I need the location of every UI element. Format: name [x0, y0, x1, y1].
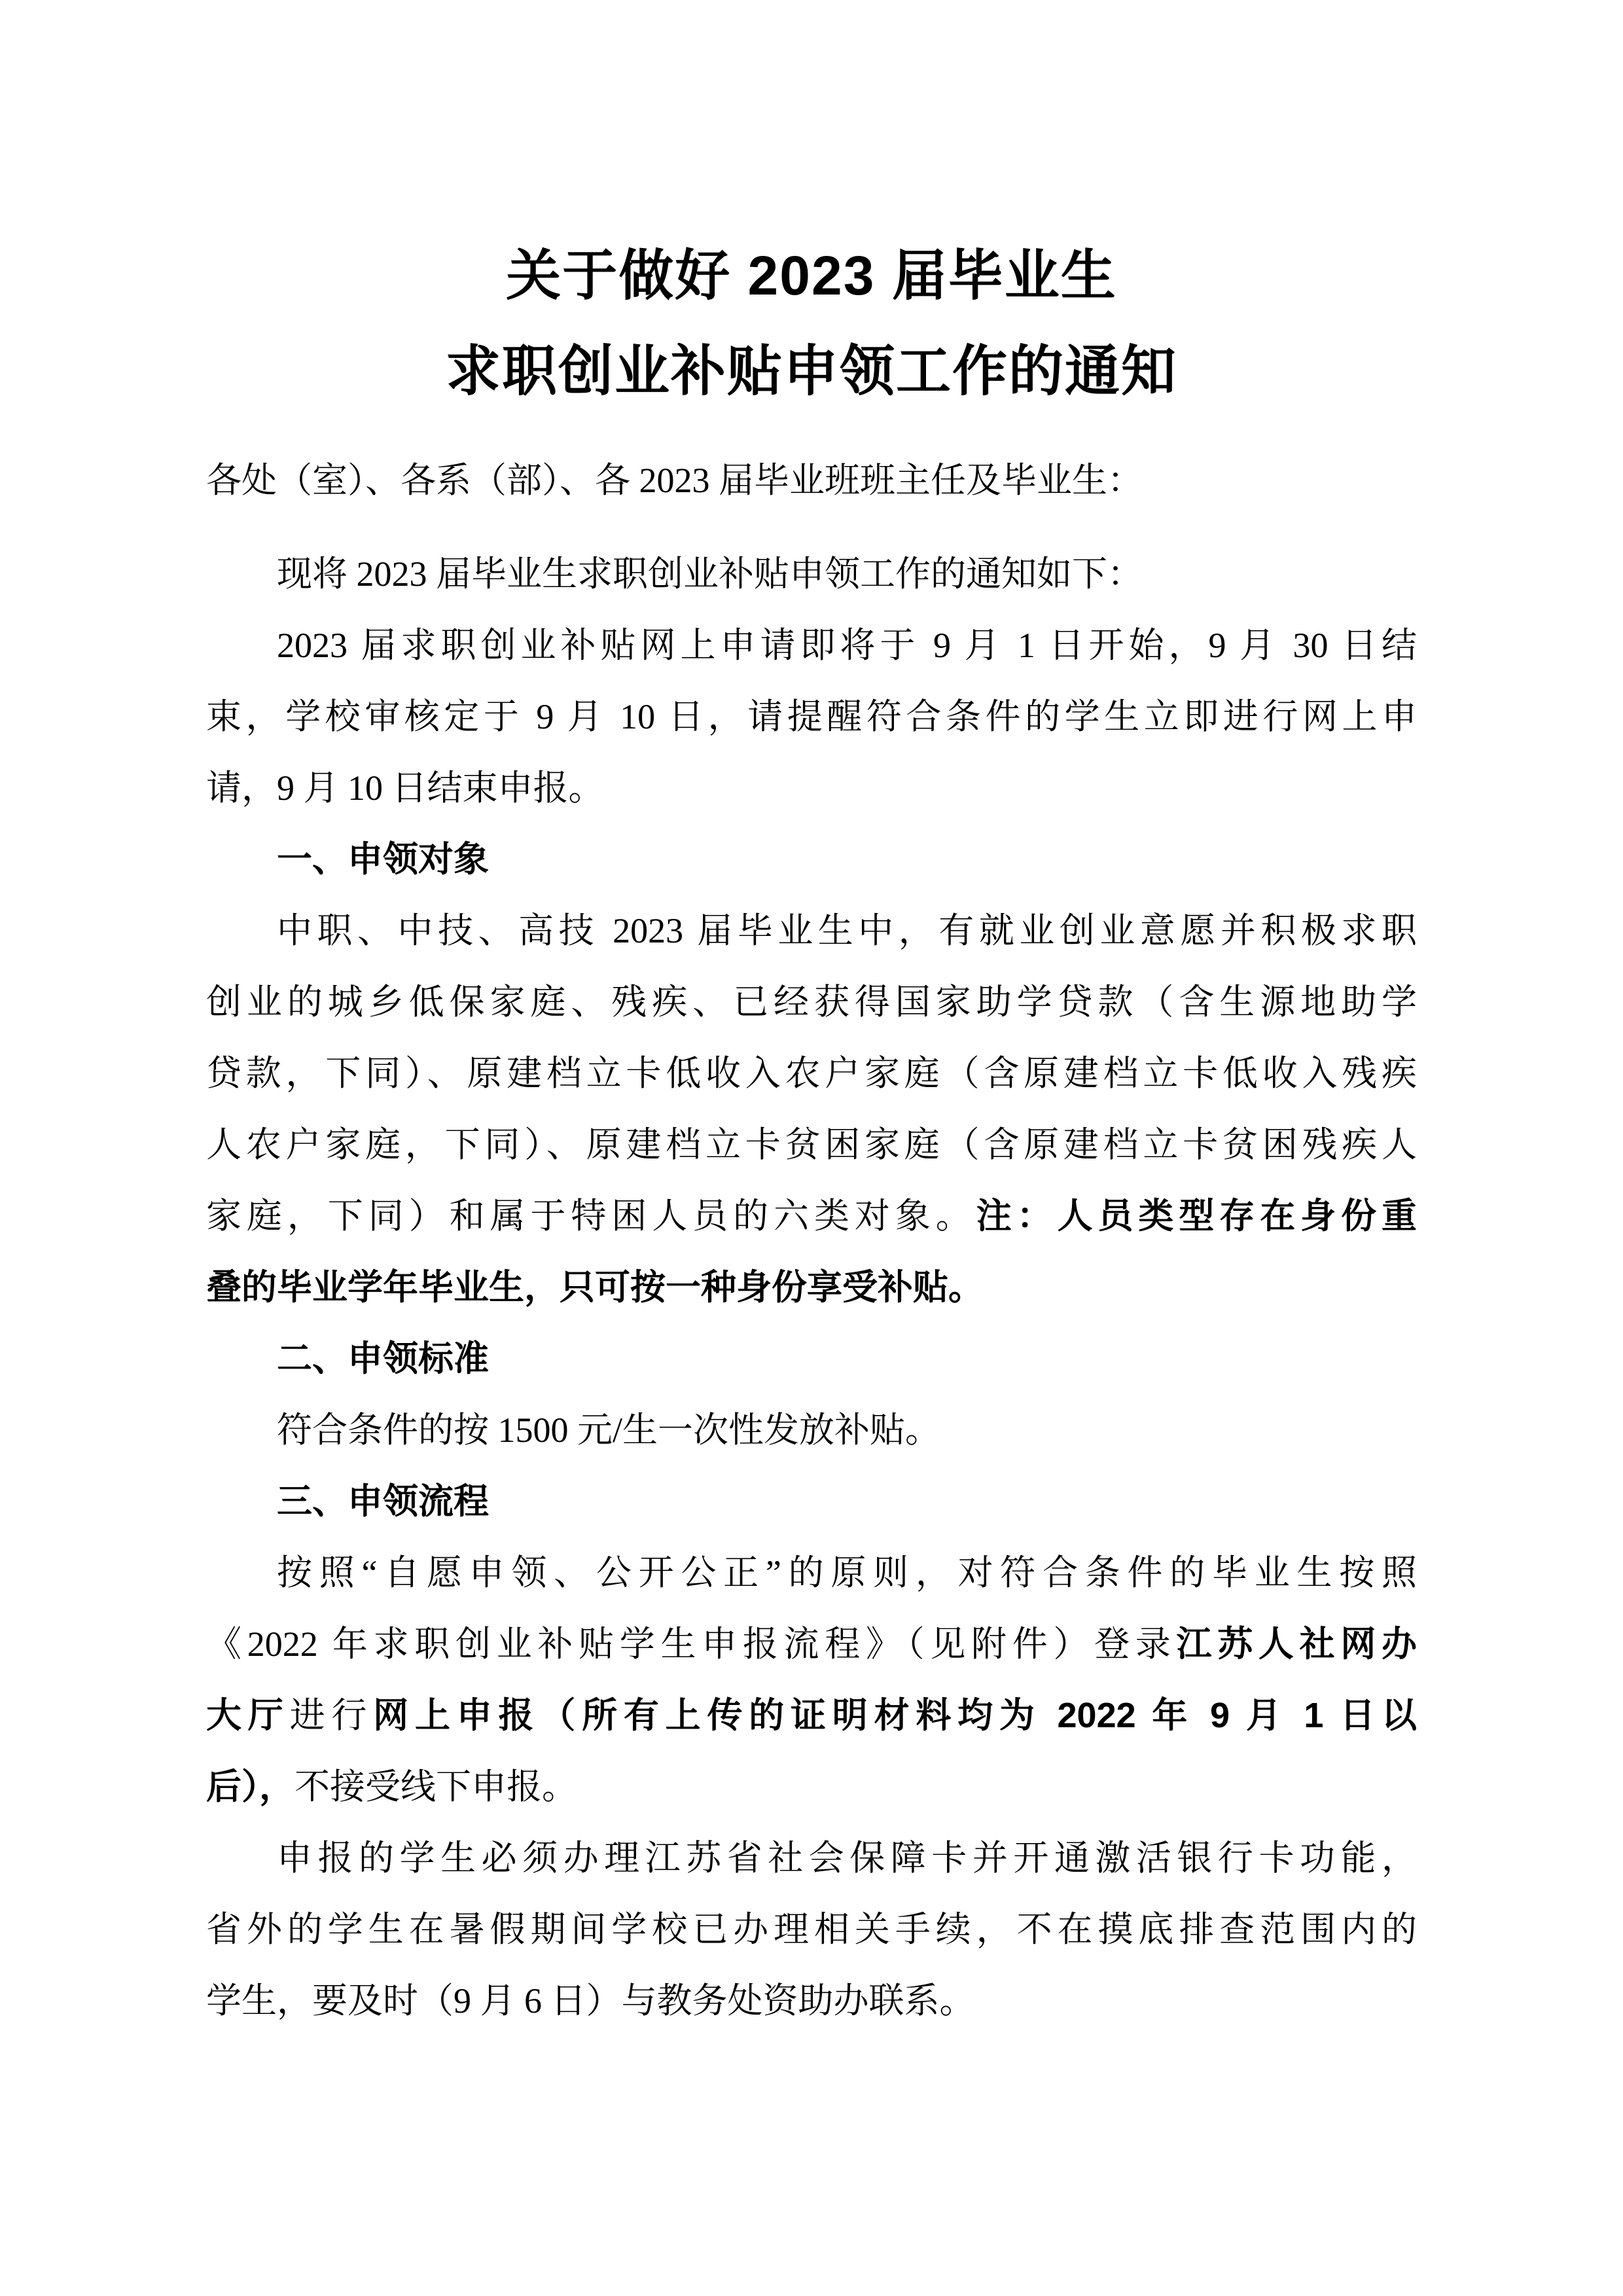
text-line: 二、申领标准 — [206, 1323, 1417, 1395]
text-line: 后），不接受线下申报。 — [206, 1751, 1417, 1823]
text-line: 《2022 年求职创业补贴学生申报流程》（见附件）登录江苏人社网办 — [206, 1609, 1417, 1680]
text-segment: 请，9 月 10 日结束申报。 — [206, 768, 604, 808]
text-line: 符合条件的按 1500 元/生一次性发放补贴。 — [206, 1395, 1417, 1466]
text-segment: 束，学校审核定于 9 月 10 日，请提醒符合条件的学生立即进行网上申 — [206, 697, 1417, 736]
text-line: 按照“自愿申领、公开公正”的原则，对符合条件的毕业生按照 — [206, 1537, 1417, 1609]
bold-text-segment: 江苏人社网办 — [1177, 1624, 1417, 1664]
text-line: 人农户家庭，下同）、原建档立卡贫困家庭（含原建档立卡贫困残疾人 — [206, 1109, 1417, 1181]
text-segment: 《2022 年求职创业补贴学生申报流程》（见附件）登录 — [206, 1624, 1177, 1664]
bold-text-segment: 网上申报（所有上传的证明材料均为 2022 年 9 月 1 日以 — [373, 1696, 1417, 1735]
text-line: 大厅进行网上申报（所有上传的证明材料均为 2022 年 9 月 1 日以 — [206, 1680, 1417, 1751]
text-line: 三、申领流程 — [206, 1466, 1417, 1537]
text-segment: 贷款，下同）、原建档立卡低收入农户家庭（含原建档立卡低收入残疾 — [206, 1054, 1417, 1093]
text-line: 中职、中技、高技 2023 届毕业生中，有就业创业意愿并积极求职 — [206, 895, 1417, 967]
text-line: 申报的学生必须办理江苏省社会保障卡并开通激活银行卡功能， — [206, 1823, 1417, 1894]
text-segment: 创业的城乡低保家庭、残疾、已经获得国家助学贷款（含生源地助学 — [206, 982, 1417, 1022]
text-segment: 中职、中技、高技 2023 届毕业生中，有就业创业意愿并积极求职 — [277, 911, 1417, 950]
bold-text-segment: 一、申领对象 — [277, 840, 489, 879]
text-segment: 家庭，下同）和属于特困人员的六类对象。 — [206, 1196, 976, 1236]
document-title: 关于做好 2023 届毕业生 求职创业补贴申领工作的通知 — [0, 0, 1623, 419]
bold-text-segment: 二、申领标准 — [277, 1339, 489, 1378]
text-segment: 各处（室）、各系（部）、各 2023 届毕业班班主任及毕业生： — [206, 461, 1143, 500]
text-line: 2023 届求职创业补贴网上申请即将于 9 月 1 日开始，9 月 30 日结 — [206, 610, 1417, 681]
text-line: 各处（室）、各系（部）、各 2023 届毕业班班主任及毕业生： — [206, 445, 1417, 516]
bold-text-segment: 三、申领流程 — [277, 1482, 489, 1521]
text-segment: 不接受线下申报。 — [294, 1767, 577, 1806]
text-segment: 进行 — [290, 1696, 374, 1735]
text-line: 省外的学生在暑假期间学校已办理相关手续，不在摸底排查范围内的 — [206, 1894, 1417, 1965]
document-body: 各处（室）、各系（部）、各 2023 届毕业班班主任及毕业生：现将 2023 届… — [206, 445, 1417, 2037]
text-line: 学生，要及时（9 月 6 日）与教务处资助办联系。 — [206, 1965, 1417, 2037]
bold-text-segment: 大厅 — [206, 1696, 290, 1735]
text-line: 贷款，下同）、原建档立卡低收入农户家庭（含原建档立卡低收入残疾 — [206, 1038, 1417, 1109]
text-segment: 符合条件的按 1500 元/生一次性发放补贴。 — [277, 1410, 940, 1450]
text-line: 请，9 月 10 日结束申报。 — [206, 753, 1417, 824]
text-segment: 省外的学生在暑假期间学校已办理相关手续，不在摸底排查范围内的 — [206, 1910, 1417, 1949]
document-page: 关于做好 2023 届毕业生 求职创业补贴申领工作的通知 各处（室）、各系（部）… — [0, 0, 1623, 2296]
text-segment: 2023 届求职创业补贴网上申请即将于 9 月 1 日开始，9 月 30 日结 — [277, 626, 1417, 665]
text-segment: 申报的学生必须办理江苏省社会保障卡并开通激活银行卡功能， — [277, 1839, 1417, 1878]
text-line: 一、申领对象 — [206, 824, 1417, 895]
text-segment: 现将 2023 届毕业生求职创业补贴申领工作的通知如下： — [277, 554, 1143, 594]
text-line: 创业的城乡低保家庭、残疾、已经获得国家助学贷款（含生源地助学 — [206, 967, 1417, 1038]
text-line: 现将 2023 届毕业生求职创业补贴申领工作的通知如下： — [206, 539, 1417, 610]
text-segment: 按照“自愿申领、公开公正”的原则，对符合条件的毕业生按照 — [277, 1553, 1417, 1592]
bold-text-segment: 叠的毕业学年毕业生，只可按一种身份享受补贴。 — [206, 1268, 984, 1307]
bold-text-segment: 后）， — [206, 1767, 294, 1806]
text-segment: 学生，要及时（9 月 6 日）与教务处资助办联系。 — [206, 1981, 975, 2020]
title-line-1: 关于做好 2023 届毕业生 — [0, 228, 1623, 323]
bold-text-segment: 注：人员类型存在身份重 — [976, 1196, 1417, 1236]
text-line: 家庭，下同）和属于特困人员的六类对象。注：人员类型存在身份重 — [206, 1181, 1417, 1252]
text-line: 叠的毕业学年毕业生，只可按一种身份享受补贴。 — [206, 1252, 1417, 1323]
title-line-2: 求职创业补贴申领工作的通知 — [0, 323, 1623, 419]
text-segment: 人农户家庭，下同）、原建档立卡贫困家庭（含原建档立卡贫困残疾人 — [206, 1125, 1417, 1164]
text-line: 束，学校审核定于 9 月 10 日，请提醒符合条件的学生立即进行网上申 — [206, 681, 1417, 753]
